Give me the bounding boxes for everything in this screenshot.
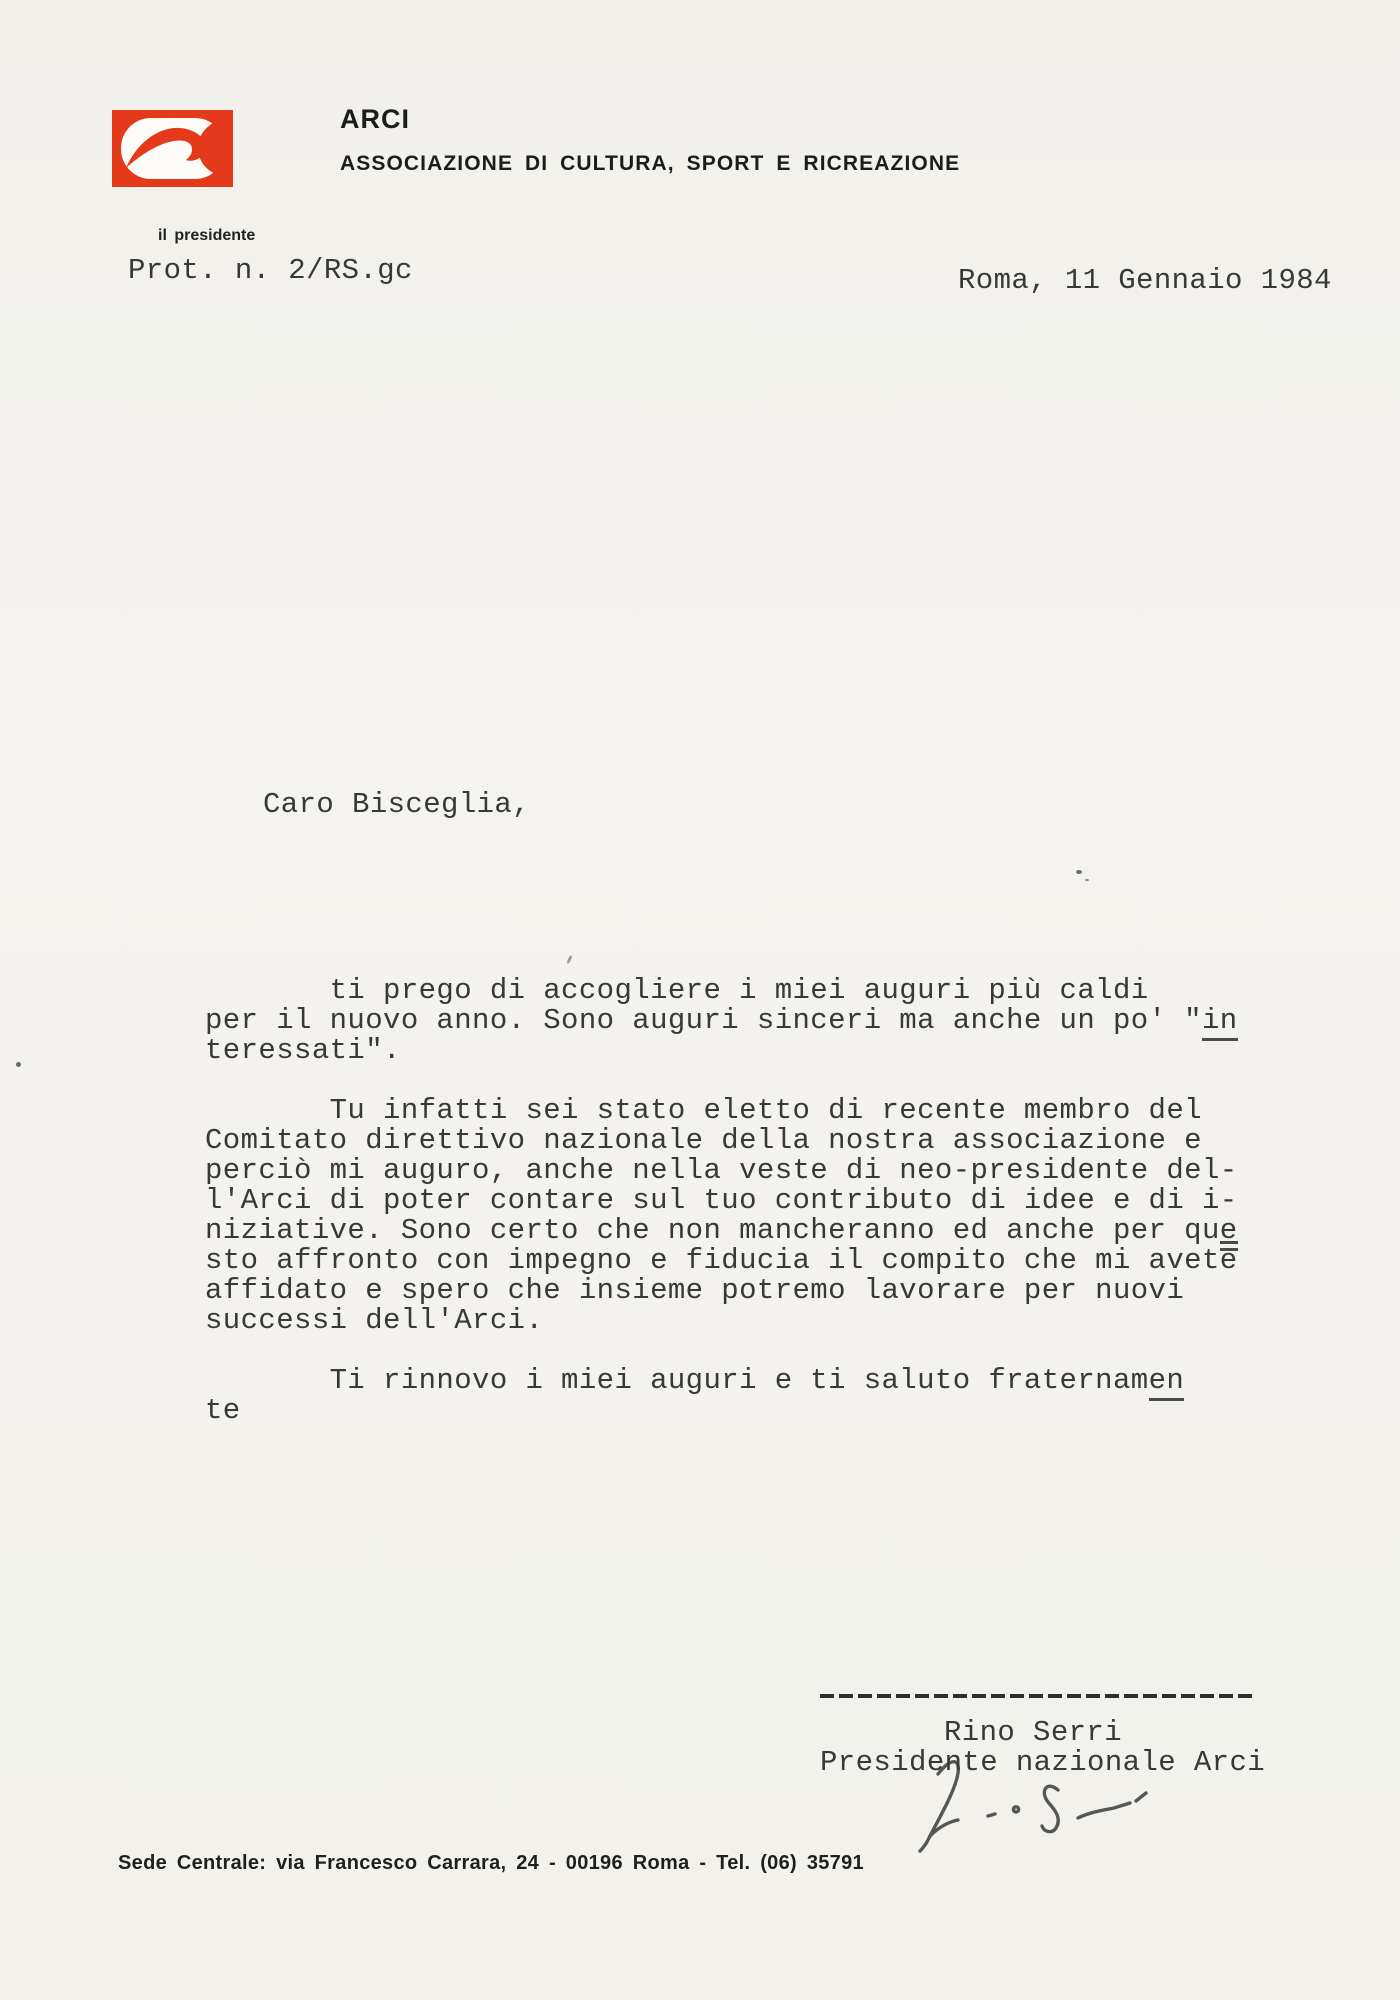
letter-line: Comitato direttivo nazionale della nostr… bbox=[205, 1126, 1238, 1156]
paper-speck bbox=[16, 1062, 21, 1067]
letter-line: l'Arci di poter contare sul tuo contribu… bbox=[205, 1186, 1238, 1216]
letter-line: teressati". bbox=[205, 1036, 1238, 1066]
signer-name: Rino Serri bbox=[944, 1718, 1122, 1748]
letter-line: ti prego di accogliere i miei auguri più… bbox=[205, 976, 1238, 1006]
letter-document: ARCI ASSOCIAZIONE DI CULTURA, SPORT E RI… bbox=[0, 0, 1400, 2000]
letter-line: sto affronto con impegno e fiducia il co… bbox=[205, 1246, 1238, 1276]
org-subtitle: ASSOCIAZIONE DI CULTURA, SPORT E RICREAZ… bbox=[340, 152, 960, 176]
arci-flag-logo-icon bbox=[112, 110, 233, 187]
salutation: Caro Bisceglia, bbox=[263, 790, 530, 820]
letter-line: niziative. Sono certo che non mancherann… bbox=[205, 1216, 1238, 1246]
org-name: ARCI bbox=[340, 104, 410, 135]
protocol-number: Prot. n. 2/RS.gc bbox=[128, 256, 413, 286]
letter-line: successi dell'Arci. bbox=[205, 1306, 1238, 1336]
letter-line: te bbox=[205, 1396, 1238, 1426]
letter-body: ti prego di accogliere i miei auguri più… bbox=[205, 976, 1238, 1426]
letter-paragraph: Tu infatti sei stato eletto di recente m… bbox=[205, 1096, 1238, 1336]
letter-line: affidato e spero che insieme potremo lav… bbox=[205, 1276, 1238, 1306]
letter-paragraph: Ti rinnovo i miei auguri e ti saluto fra… bbox=[205, 1366, 1238, 1426]
footer-address: Sede Centrale: via Francesco Carrara, 24… bbox=[118, 1852, 864, 1875]
letter-line: perciò mi auguro, anche nella veste di n… bbox=[205, 1156, 1238, 1186]
letter-line: Tu infatti sei stato eletto di recente m… bbox=[205, 1096, 1238, 1126]
role-label: il presidente bbox=[158, 227, 255, 245]
letter-line: Ti rinnovo i miei auguri e ti saluto fra… bbox=[205, 1366, 1238, 1396]
letter-line: per il nuovo anno. Sono auguri sinceri m… bbox=[205, 1006, 1238, 1036]
dateline: Roma, 11 Gennaio 1984 bbox=[958, 266, 1332, 296]
paper-speck bbox=[1076, 870, 1082, 874]
handwritten-signature-scribble-icon bbox=[900, 1752, 1200, 1862]
letter-paragraph: ti prego di accogliere i miei auguri più… bbox=[205, 976, 1238, 1066]
signature-divider bbox=[820, 1694, 1256, 1698]
paper-speck bbox=[566, 955, 573, 964]
